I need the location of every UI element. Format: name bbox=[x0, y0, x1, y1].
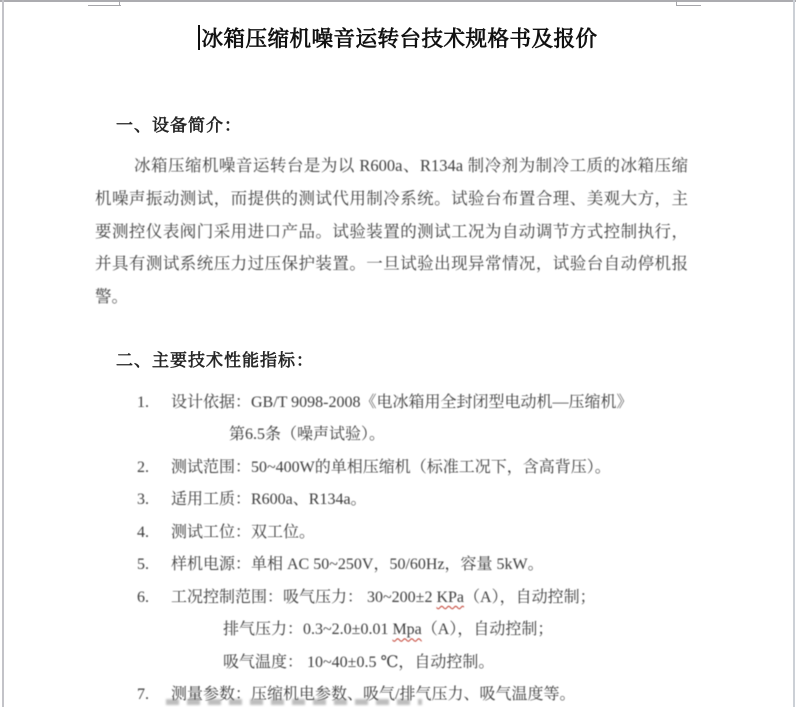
spec-item-6: 6. 工况控制范围：吸气压力： 30~200±2 KPa（A），自动控制； 排气… bbox=[137, 582, 796, 680]
item-number: 6. bbox=[137, 582, 171, 680]
item-text: 工况控制范围：吸气压力： 30~200±2 KPa（A），自动控制； bbox=[171, 582, 796, 615]
item-text-post: （A），自动控制； bbox=[422, 621, 554, 638]
spec-item-3: 3. 适用工质：R600a、R134a。 bbox=[137, 484, 796, 517]
item-text: 适用工质：R600a、R134a。 bbox=[171, 484, 796, 517]
spellcheck-flagged-word: Mpa bbox=[392, 621, 421, 638]
document-title: 冰箱压缩机噪音运转台技术规格书及报价 bbox=[0, 22, 796, 56]
item-number: 1. bbox=[137, 387, 171, 452]
section-heading-1: 一、设备简介： bbox=[116, 116, 796, 136]
item-text-post: （A），自动控制； bbox=[464, 589, 596, 606]
item-text-pre: 工况控制范围：吸气压力： 30~200±2 bbox=[171, 589, 436, 606]
spec-item-2: 2. 测试范围：50~400W的单相压缩机（标准工况下，含高背压）。 bbox=[137, 452, 796, 485]
intro-paragraph: 冰箱压缩机噪音运转台是为以 R600a、R134a 制冷剂为制冷工质的冰箱压缩机… bbox=[95, 150, 688, 314]
section-heading-2: 二、主要技术性能指标： bbox=[116, 351, 796, 371]
spec-list: 1. 设计依据：GB/T 9098-2008《电冰箱用全封闭型电动机—压缩机》 … bbox=[137, 387, 796, 707]
item-text: 样机电源：单相 AC 50~250V，50/60Hz，容量 5kW。 bbox=[171, 549, 796, 582]
document-title-text: 冰箱压缩机噪音运转台技术规格书及报价 bbox=[201, 27, 597, 51]
item-text: 排气压力：0.3~2.0±0.01 Mpa（A），自动控制； bbox=[223, 614, 796, 647]
item-number: 4. bbox=[137, 517, 171, 550]
item-text-pre: 排气压力：0.3~2.0±0.01 bbox=[223, 621, 392, 638]
clipped-next-line bbox=[166, 699, 422, 705]
spec-item-4: 4. 测试工位：双工位。 bbox=[137, 517, 796, 550]
item-text: 测试范围：50~400W的单相压缩机（标准工况下，含高背压）。 bbox=[171, 452, 796, 485]
item-number: 3. bbox=[137, 484, 171, 517]
item-number: 2. bbox=[137, 452, 171, 485]
spellcheck-flagged-word: KPa bbox=[436, 589, 464, 606]
document-page[interactable]: 冰箱压缩机噪音运转台技术规格书及报价 一、设备简介： 冰箱压缩机噪音运转台是为以… bbox=[0, 0, 796, 707]
item-text: 第6.5条（噪声试验）。 bbox=[229, 419, 796, 452]
spec-item-1: 1. 设计依据：GB/T 9098-2008《电冰箱用全封闭型电动机—压缩机》 … bbox=[137, 387, 796, 452]
item-text: 设计依据：GB/T 9098-2008《电冰箱用全封闭型电动机—压缩机》 bbox=[171, 387, 796, 420]
item-text: 吸气温度： 10~40±0.5 ℃，自动控制。 bbox=[223, 647, 796, 680]
spec-item-5: 5. 样机电源：单相 AC 50~250V，50/60Hz，容量 5kW。 bbox=[137, 549, 796, 582]
item-number: 5. bbox=[137, 549, 171, 582]
item-text: 测试工位：双工位。 bbox=[171, 517, 796, 550]
